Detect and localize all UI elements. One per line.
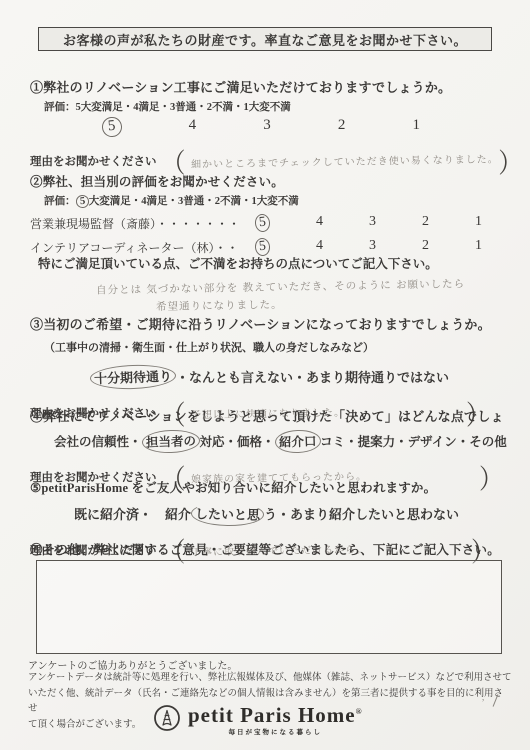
free-response-section: 特にご満足頂いている点、ご不満をお持ちの点についてご記入下さい。 自分とは 気づ… xyxy=(38,254,508,311)
q2-legend-post: 大変満足・4満足・3普通・2不満・1大変不満 xyxy=(89,196,299,207)
q2-legend-5-circle: 5 xyxy=(75,194,89,208)
q1-handwritten-reason: 細かいところまでチェックしていただき使い易くなりました。 xyxy=(190,150,498,170)
logo-text-block: petit Paris Home® 毎日が宝物になる暮らし xyxy=(188,701,363,736)
q2-row1-rating-1: 1 xyxy=(475,214,482,232)
q6-title: ⑥その他、弊社に関するご意見・ご要望等ございましたら、下記にご記入下さい。 xyxy=(30,540,510,558)
logo-tagline: 毎日が宝物になる暮らし xyxy=(229,727,323,736)
petit-paris-home-logo: petit Paris Home® 毎日が宝物になる暮らし xyxy=(152,701,363,738)
paren-close: ） xyxy=(498,141,522,180)
logo-name-text: petit Paris Home xyxy=(188,703,356,727)
q6-comment-box xyxy=(36,560,502,654)
q5-options-pre: 既に紹介済・ 紹介 xyxy=(74,507,191,522)
q2-legend-5: 5 xyxy=(79,196,85,207)
q1-rating-2: 2 xyxy=(338,117,346,137)
q1-rating-5-selected-circle: 5 xyxy=(101,116,122,138)
header-banner-text: お客様の声が私たちの財産です。率直なご意見をお聞かせ下さい。 xyxy=(63,30,467,49)
q4-option-selected-2: 紹介口 xyxy=(278,434,316,449)
q2-row1-rating-2: 2 xyxy=(422,214,429,232)
q2-row1-rating-5-selected-circle: 5 xyxy=(254,213,271,232)
q3-options-rest: ・なんとも言えない・あまり期待通りではない xyxy=(176,370,449,385)
footer-thanks: アンケートのご協力ありがとうございました。 xyxy=(28,657,237,672)
q1-rating-scale: 5 4 3 2 1 xyxy=(102,117,420,137)
q1-rating-legend: 評価：5大変満足・4満足・3普通・2不満・1大変不満 xyxy=(44,99,512,114)
q2-row-site-manager: 営業兼現場監督（斎藤）・・・・・・・ 5 4 3 2 1 xyxy=(30,214,500,232)
question-2: ②弊社、担当別の評価をお聞かせください。 評価：5大変満足・4満足・3普通・2不… xyxy=(30,172,500,256)
q2-row2-rating-5: 5 xyxy=(258,239,266,255)
q1-title: ①弊社のリノベーション工事にご満足いただけておりますでしょうか。 xyxy=(30,77,512,96)
survey-scan-page: お客様の声が私たちの財産です。率直なご意見をお聞かせ下さい。 ①弊社のリノベーシ… xyxy=(0,0,530,750)
q5-selected-option-mark: したいと思 xyxy=(191,501,264,526)
q4-options-mid: 対応・価格・ xyxy=(200,435,275,449)
q5-option-selected: したいと思 xyxy=(195,506,260,522)
footer-notice-line1: アンケートデータは統計等に処理を行い、弊社広報媒体及び、他媒体（雑誌、ネットサー… xyxy=(28,673,512,683)
q2-row1-rating-3: 3 xyxy=(369,214,376,232)
q3-options: 十分期待通り・なんとも言えない・あまり期待通りではない xyxy=(90,365,510,389)
question-1: ①弊社のリノベーション工事にご満足いただけておりますでしょうか。 評価：5大変満… xyxy=(30,77,512,178)
q2-rating-legend: 評価：5大変満足・4満足・3普通・2不満・1大変不満 xyxy=(44,193,500,208)
q4-options: 会社の信頼性・担当者の対応・価格・紹介口コミ・提案力・デザイン・その他 xyxy=(54,430,510,453)
q1-rating-3: 3 xyxy=(263,117,271,137)
q3-title: ③当初のご希望・ご期待に沿うリノベーションになっておりますでしょうか。 xyxy=(30,314,510,333)
q2-legend-pre: 評価： xyxy=(44,196,76,207)
registered-mark: ® xyxy=(356,707,363,716)
stray-pen-dot: , xyxy=(482,692,484,702)
q4-selected-option-circle-2: 紹介口 xyxy=(274,429,320,454)
q4-selected-option-circle-1: 担当者の xyxy=(141,429,200,454)
eiffel-tower-circle-icon xyxy=(152,703,182,738)
q2-row1-rating-4: 4 xyxy=(316,214,323,232)
q5-options: 既に紹介済・ 紹介したいと思う・あまり紹介したいと思わない xyxy=(74,502,510,526)
q2-title: ②弊社、担当別の評価をお聞かせください。 xyxy=(30,172,500,190)
q1-rating-5: 5 xyxy=(107,118,116,135)
q1-rating-4: 4 xyxy=(189,117,197,137)
q2-row1-label: 営業兼現場監督（斎藤）・・・・・・・ xyxy=(30,215,255,232)
q5-title: ⑤petitParisHome をご友人やお知り合いに紹介したいと思われますか。 xyxy=(30,478,510,496)
free-response-handwriting-line2: 希望通りになりました。 xyxy=(156,293,508,314)
logo-name: petit Paris Home® xyxy=(188,701,363,726)
q4-option-selected-1: 担当者の xyxy=(145,434,195,450)
free-response-title: 特にご満足頂いている点、ご不満をお持ちの点についてご記入下さい。 xyxy=(38,254,508,272)
question-6: ⑥その他、弊社に関するご意見・ご要望等ございましたら、下記にご記入下さい。 xyxy=(30,540,510,558)
q2-row2-label: インテリアコーディネーター（林）・・ xyxy=(30,239,255,256)
footer-notice-line3: て頂く場合がございます。 xyxy=(28,720,141,730)
q4-options-post: コミ・提案力・デザイン・その他 xyxy=(320,435,507,449)
header-banner: お客様の声が私たちの財産です。率直なご意見をお聞かせ下さい。 xyxy=(38,27,492,51)
q2-row1-scale: 5 4 3 2 1 xyxy=(255,214,500,232)
q2-row1-rating-5: 5 xyxy=(258,215,266,231)
q5-options-post: う・あまり紹介したいと思わない xyxy=(264,507,459,522)
q1-rating-1: 1 xyxy=(413,117,421,137)
q1-reason-label: 理由をお聞かせください xyxy=(30,153,157,169)
q4-options-pre: 会社の信頼性・ xyxy=(54,435,142,449)
q3-note: （工事中の清掃・衛生面・仕上がり状況、職人の身だしなみなど） xyxy=(44,339,510,355)
q3-selected-option-circle: 十分期待通り xyxy=(90,364,177,391)
q3-option-selected: 十分期待通り xyxy=(94,369,172,387)
q4-title: ④弊社にてリノベーションをしようと思って頂けた「決めて」はどんな点でしょ xyxy=(30,406,510,425)
